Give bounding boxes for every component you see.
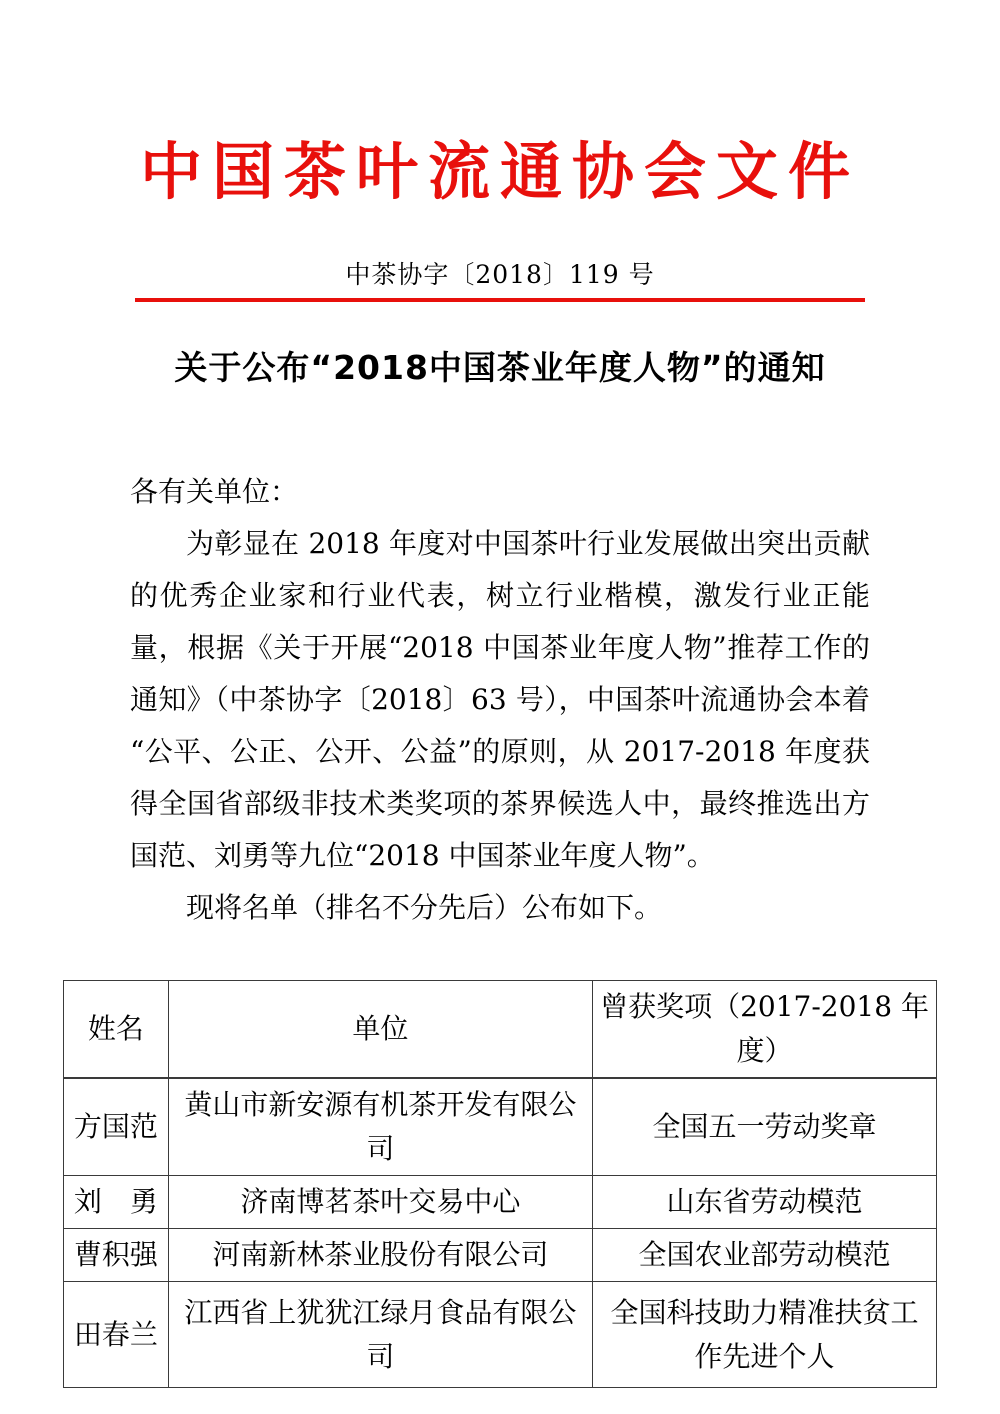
body-paragraph-2: 现将名单（排名不分先后）公布如下。 — [130, 882, 870, 934]
cell-unit: 河南新林茶业股份有限公司 — [168, 1229, 592, 1282]
col-header-award: 曾获奖项（2017-2018 年度） — [593, 981, 937, 1079]
cell-name: 曹积强 — [64, 1229, 169, 1282]
org-letterhead-title: 中国茶叶流通协会文件 — [0, 0, 1000, 212]
cell-name: 刘 勇 — [64, 1176, 169, 1229]
table-row: 刘 勇 济南博茗茶叶交易中心 山东省劳动模范 — [64, 1176, 937, 1229]
winners-table: 姓名 单位 曾获奖项（2017-2018 年度） 方国范 黄山市新安源有机茶开发… — [63, 980, 937, 1388]
document-page: 中国茶叶流通协会文件 中茶协字〔2018〕119 号 关于公布“2018中国茶业… — [0, 0, 1000, 1414]
cell-unit: 江西省上犹犹江绿月食品有限公司 — [168, 1282, 592, 1388]
cell-unit: 黄山市新安源有机茶开发有限公司 — [168, 1078, 592, 1176]
document-number: 中茶协字〔2018〕119 号 — [0, 260, 1000, 290]
red-divider-line — [135, 298, 865, 302]
table-row: 田春兰 江西省上犹犹江绿月食品有限公司 全国科技助力精准扶贫工作先进个人 — [64, 1282, 937, 1388]
col-header-unit: 单位 — [168, 981, 592, 1079]
cell-unit: 济南博茗茶叶交易中心 — [168, 1176, 592, 1229]
cell-award: 山东省劳动模范 — [593, 1176, 937, 1229]
notice-title: 关于公布“2018中国茶业年度人物”的通知 — [0, 348, 1000, 388]
cell-award: 全国科技助力精准扶贫工作先进个人 — [593, 1282, 937, 1388]
col-header-name: 姓名 — [64, 981, 169, 1079]
winners-table-container: 姓名 单位 曾获奖项（2017-2018 年度） 方国范 黄山市新安源有机茶开发… — [63, 980, 937, 1388]
body-paragraph-1: 为彰显在 2018 年度对中国茶叶行业发展做出突出贡献的优秀企业家和行业代表，树… — [130, 518, 870, 882]
table-header-row: 姓名 单位 曾获奖项（2017-2018 年度） — [64, 981, 937, 1079]
cell-name: 田春兰 — [64, 1282, 169, 1388]
salutation: 各有关单位： — [130, 466, 870, 518]
cell-award: 全国农业部劳动模范 — [593, 1229, 937, 1282]
cell-name: 方国范 — [64, 1078, 169, 1176]
cell-award: 全国五一劳动奖章 — [593, 1078, 937, 1176]
table-row: 曹积强 河南新林茶业股份有限公司 全国农业部劳动模范 — [64, 1229, 937, 1282]
table-row: 方国范 黄山市新安源有机茶开发有限公司 全国五一劳动奖章 — [64, 1078, 937, 1176]
document-body: 各有关单位： 为彰显在 2018 年度对中国茶叶行业发展做出突出贡献的优秀企业家… — [130, 466, 870, 934]
